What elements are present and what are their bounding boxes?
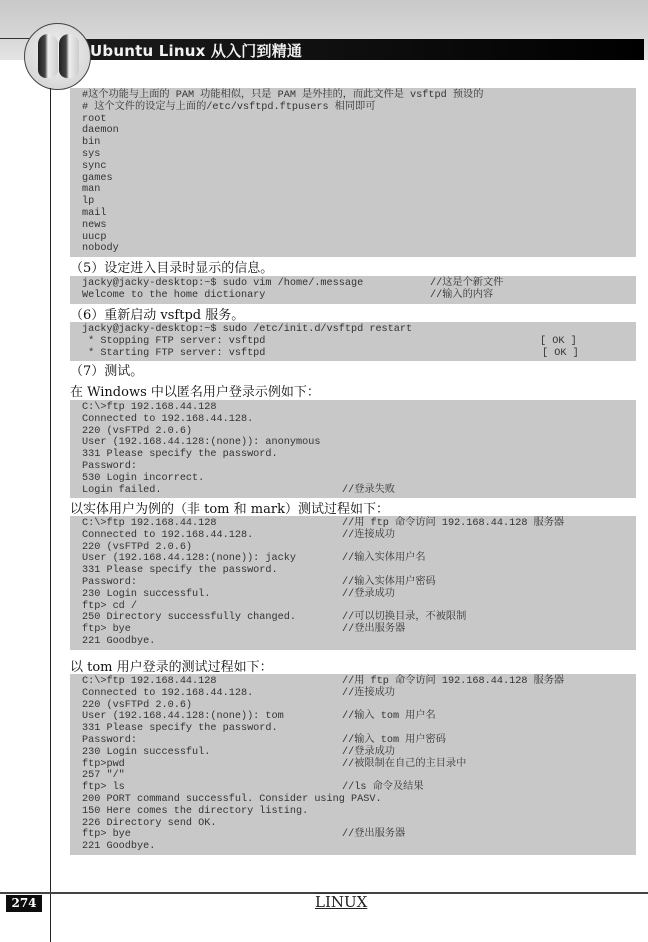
code-line: 230 Login successful.//登录成功	[70, 589, 636, 601]
code-comment: //输入 tom 用户名	[342, 711, 436, 723]
code-line: C:\>ftp 192.168.44.128//用 ftp 命令访问 192.1…	[70, 518, 636, 530]
code-comment: //连接成功	[342, 688, 395, 700]
status-ok: [ OK ]	[540, 336, 577, 348]
code-line: jacky@jacky-desktop:~$ sudo /etc/init.d/…	[70, 324, 636, 336]
code-text: C:\>ftp 192.168.44.128	[82, 518, 217, 529]
code-comment: //登录成功	[342, 589, 395, 601]
code-line: User (192.168.44.128:(none)): anonymous	[70, 437, 636, 449]
code-line: C:\>ftp 192.168.44.128	[70, 402, 636, 414]
code-comment: //可以切换目录，不被限制	[342, 612, 466, 624]
step-5-heading: （5）设定进入目录时显示的信息。	[70, 257, 273, 276]
code-text: Password:	[82, 461, 137, 472]
code-line: uucp	[70, 232, 636, 244]
penguin-icon	[38, 34, 58, 78]
step-6-heading: （6）重新启动 vsftpd 服务。	[70, 304, 244, 323]
code-text: 150 Here comes the directory listing.	[82, 806, 308, 817]
tom-user-intro: 以 tom 用户登录的测试过程如下：	[70, 656, 273, 675]
code-line: bin	[70, 137, 636, 149]
real-user-intro: 以实体用户为例的（非 tom 和 mark）测试过程如下：	[70, 498, 389, 517]
code-comment: //输入实体用户密码	[342, 577, 436, 589]
code-line: daemon	[70, 125, 636, 137]
code-line: news	[70, 220, 636, 232]
code-block-real-user: C:\>ftp 192.168.44.128//用 ftp 命令访问 192.1…	[70, 516, 636, 650]
code-text: Password:	[82, 577, 137, 588]
code-line: sys	[70, 149, 636, 161]
code-line: ftp> bye//登出服务器	[70, 624, 636, 636]
code-line: User (192.168.44.128:(none)): tom//输入 to…	[70, 711, 636, 723]
code-line: Password://输入实体用户密码	[70, 577, 636, 589]
code-comment: //用 ftp 命令访问 192.168.44.128 服务器	[342, 518, 564, 530]
code-comment: //登录失败	[342, 485, 395, 497]
code-line: 221 Goodbye.	[70, 636, 636, 648]
code-line: lp	[70, 196, 636, 208]
penguin-icon	[59, 34, 79, 78]
code-block-message: jacky@jacky-desktop:~$ sudo vim /home/.m…	[70, 276, 636, 304]
code-line: ftp>pwd//被限制在自己的主目录中	[70, 759, 636, 771]
code-text: Welcome to the home dictionary	[82, 290, 265, 301]
book-title: Ubuntu Linux 从入门到精通	[90, 40, 302, 61]
code-line: man	[70, 184, 636, 196]
code-comment: //登出服务器	[342, 829, 405, 841]
code-line: 200 PORT command successful. Consider us…	[70, 794, 636, 806]
code-text: 250 Directory successfully changed.	[82, 612, 296, 623]
margin-line	[50, 88, 51, 942]
code-line: 331 Please specify the password.	[70, 565, 636, 577]
code-text: 530 Login incorrect.	[82, 473, 204, 484]
anonymous-intro: 在 Windows 中以匿名用户登录示例如下：	[70, 381, 320, 400]
code-comment: //用 ftp 命令访问 192.168.44.128 服务器	[342, 676, 564, 688]
code-line: Login failed.//登录失败	[70, 485, 636, 497]
code-text: Connected to 192.168.44.128.	[82, 530, 253, 541]
code-line: sync	[70, 161, 636, 173]
code-comment: //输入 tom 用户密码	[342, 735, 446, 747]
code-text: 220 (vsFTPd 2.0.6)	[82, 426, 192, 437]
code-line: 150 Here comes the directory listing.	[70, 806, 636, 818]
code-text: 230 Login successful.	[82, 589, 210, 600]
code-comment: //登出服务器	[342, 624, 405, 636]
status-ok: [ OK ]	[542, 348, 579, 360]
code-line: 221 Goodbye.	[70, 841, 636, 853]
code-line: ftp> ls//ls 命令及结果	[70, 782, 636, 794]
code-text: jacky@jacky-desktop:~$ sudo vim /home/.m…	[82, 278, 363, 289]
code-line: 250 Directory successfully changed.//可以切…	[70, 612, 636, 624]
code-line: 331 Please specify the password.	[70, 449, 636, 461]
code-text: Login failed.	[82, 485, 161, 496]
code-line: 257 "/"	[70, 770, 636, 782]
code-text: jacky@jacky-desktop:~$ sudo /etc/init.d/…	[82, 324, 412, 335]
code-line: mail	[70, 208, 636, 220]
code-line: jacky@jacky-desktop:~$ sudo vim /home/.m…	[70, 278, 636, 290]
code-line: 230 Login successful.//登录成功	[70, 747, 636, 759]
code-line: 220 (vsFTPd 2.0.6)	[70, 426, 636, 438]
code-text: 331 Please specify the password.	[82, 723, 278, 734]
code-text: ftp>pwd	[82, 759, 125, 770]
code-text: C:\>ftp 192.168.44.128	[82, 402, 217, 413]
code-line: #这个功能与上面的 PAM 功能相似，只是 PAM 是外挂的，而此文件是 vsf…	[70, 90, 636, 102]
code-comment: //输入的内容	[430, 290, 493, 302]
code-text: 220 (vsFTPd 2.0.6)	[82, 700, 192, 711]
code-text: 230 Login successful.	[82, 747, 210, 758]
code-text: * Stopping FTP server: vsftpd	[82, 336, 265, 347]
code-text: 331 Please specify the password.	[82, 449, 278, 460]
code-block-ftpusers: #这个功能与上面的 PAM 功能相似，只是 PAM 是外挂的，而此文件是 vsf…	[70, 88, 636, 257]
code-text: ftp> bye	[82, 624, 131, 635]
code-line: User (192.168.44.128:(none)): jacky//输入实…	[70, 553, 636, 565]
code-comment: //登录成功	[342, 747, 395, 759]
code-line: Connected to 192.168.44.128.//连接成功	[70, 530, 636, 542]
penguins-logo-icon	[24, 23, 91, 90]
code-line: Connected to 192.168.44.128.	[70, 414, 636, 426]
code-text: User (192.168.44.128:(none)): tom	[82, 711, 284, 722]
code-text: * Starting FTP server: vsftpd	[82, 348, 265, 359]
code-text: 331 Please specify the password.	[82, 565, 278, 576]
code-line: * Stopping FTP server: vsftpd[ OK ]	[70, 336, 636, 348]
code-text: 221 Goodbye.	[82, 841, 155, 852]
code-text: Password:	[82, 735, 137, 746]
code-block-tom-user: C:\>ftp 192.168.44.128//用 ftp 命令访问 192.1…	[70, 674, 636, 855]
code-text: 226 Directory send OK.	[82, 818, 217, 829]
code-line: nobody	[70, 243, 636, 255]
code-text: 200 PORT command successful. Consider us…	[82, 794, 382, 805]
code-line: root	[70, 114, 636, 126]
code-line: 226 Directory send OK.	[70, 818, 636, 830]
code-block-anonymous: C:\>ftp 192.168.44.128 Connected to 192.…	[70, 400, 636, 498]
code-line: 530 Login incorrect.	[70, 473, 636, 485]
header-rule	[0, 38, 30, 39]
code-text: User (192.168.44.128:(none)): jacky	[82, 553, 296, 564]
footer-brand-logo: LINUX	[315, 893, 367, 911]
code-text: 257 "/"	[82, 770, 125, 781]
code-line: 331 Please specify the password.	[70, 723, 636, 735]
code-block-restart: jacky@jacky-desktop:~$ sudo /etc/init.d/…	[70, 322, 636, 361]
code-comment: //ls 命令及结果	[342, 782, 424, 794]
code-text: ftp> bye	[82, 829, 131, 840]
code-text: ftp> cd /	[82, 601, 137, 612]
code-line: ftp> cd /	[70, 601, 636, 613]
code-comment: //输入实体用户名	[342, 553, 426, 565]
code-line: Password:	[70, 461, 636, 473]
code-line: * Starting FTP server: vsftpd[ OK ]	[70, 348, 636, 360]
code-text: User (192.168.44.128:(none)): anonymous	[82, 437, 320, 448]
code-text: 221 Goodbye.	[82, 636, 155, 647]
code-line: Welcome to the home dictionary//输入的内容	[70, 290, 636, 302]
code-comment: //被限制在自己的主目录中	[342, 759, 466, 771]
code-comment: //连接成功	[342, 530, 395, 542]
code-line: 220 (vsFTPd 2.0.6)	[70, 700, 636, 712]
code-comment: //这是个新文件	[430, 278, 503, 290]
code-text: ftp> ls	[82, 782, 125, 793]
code-line: games	[70, 173, 636, 185]
page-number: 274	[6, 895, 42, 912]
code-text: 220 (vsFTPd 2.0.6)	[82, 542, 192, 553]
code-line: 220 (vsFTPd 2.0.6)	[70, 542, 636, 554]
code-line: # 这个文件的设定与上面的/etc/vsftpd.ftpusers 相同即可	[70, 102, 636, 114]
code-line: Connected to 192.168.44.128.//连接成功	[70, 688, 636, 700]
code-text: C:\>ftp 192.168.44.128	[82, 676, 217, 687]
step-7-heading: （7）测试。	[70, 360, 143, 379]
code-line: ftp> bye//登出服务器	[70, 829, 636, 841]
code-text: Connected to 192.168.44.128.	[82, 688, 253, 699]
code-line: Password://输入 tom 用户密码	[70, 735, 636, 747]
code-text: Connected to 192.168.44.128.	[82, 414, 253, 425]
code-line: C:\>ftp 192.168.44.128//用 ftp 命令访问 192.1…	[70, 676, 636, 688]
